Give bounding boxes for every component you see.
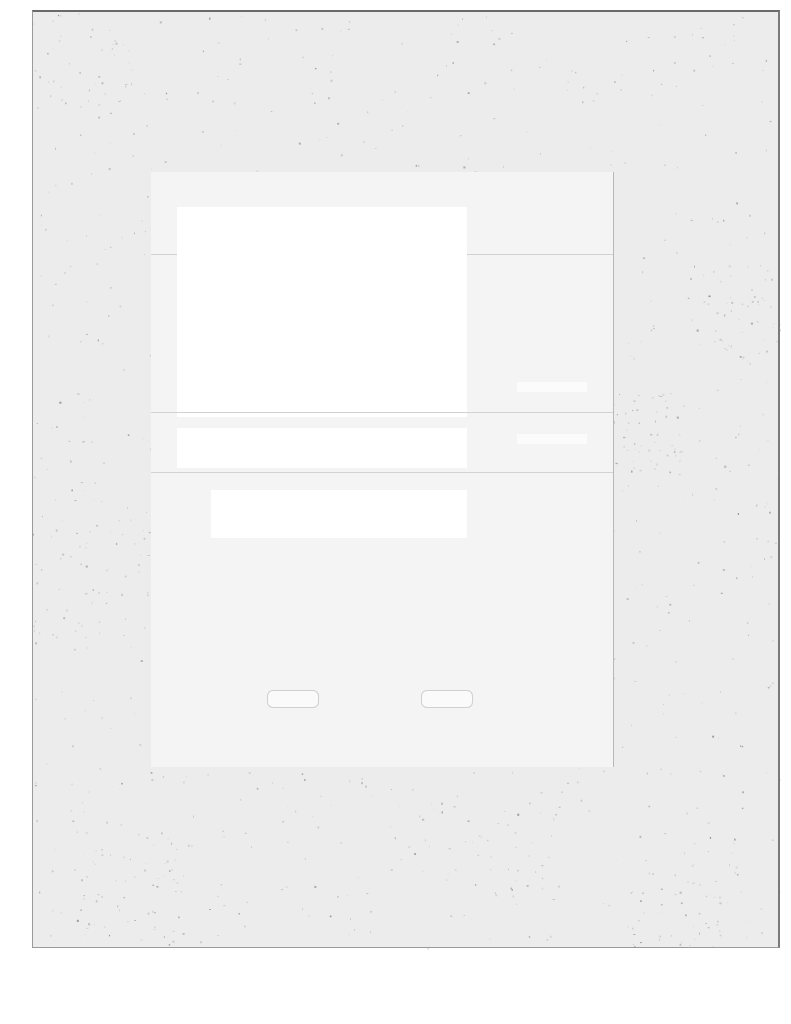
blank-block-main (177, 207, 467, 417)
side-mark (517, 382, 587, 392)
rule-line (151, 412, 613, 413)
blank-block-secondary (177, 428, 467, 468)
blank-block-tertiary (211, 490, 467, 538)
side-mark (517, 434, 587, 444)
rule-line (151, 472, 613, 473)
faint-box-right (421, 690, 473, 708)
faint-box-left (267, 690, 319, 708)
content-frame (151, 172, 614, 767)
scanned-page (32, 10, 780, 948)
